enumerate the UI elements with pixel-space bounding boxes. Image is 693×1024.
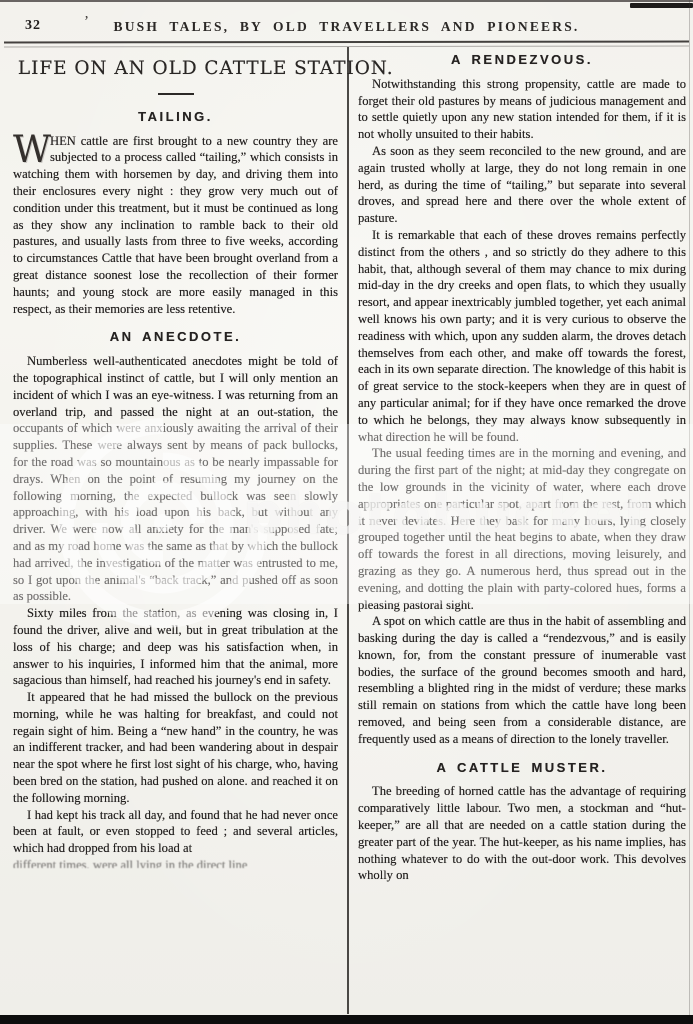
section-heading-cattle-muster: A CATTLE MUSTER.: [358, 760, 686, 777]
title-divider-dash: [158, 93, 194, 95]
section-heading-rendezvous: A RENDEZVOUS.: [358, 52, 686, 69]
section-heading-tailing: TAILING.: [13, 109, 338, 126]
paragraph: Sixty miles from the station, as evening…: [13, 605, 338, 689]
paragraph: The usual feeding times are in the morni…: [358, 445, 686, 613]
paragraph: Numberless well-authenticated anecdotes …: [13, 353, 338, 605]
article-title: LIFE ON AN OLD CATTLE STATION.: [18, 60, 333, 77]
drop-cap-w: W: [13, 133, 50, 166]
paragraph-tailing: WHEN cattle are first brought to a new c…: [13, 133, 338, 318]
paragraph: As soon as they seem reconciled to the n…: [358, 143, 686, 227]
scan-bottom-bar: [0, 1015, 693, 1024]
paragraph: The breeding of horned cattle has the ad…: [358, 783, 686, 884]
scan-top-right-mark: [630, 3, 693, 8]
paragraph-cutoff-line: different times, were all lying in the d…: [13, 857, 338, 868]
paragraph: A spot on which cattle are thus in the h…: [358, 613, 686, 747]
scan-right-edge-line: [689, 0, 690, 1024]
column-divider-rule: [347, 47, 349, 1014]
left-column: LIFE ON AN OLD CATTLE STATION. TAILING. …: [13, 60, 338, 868]
section-heading-anecdote: AN ANECDOTE.: [13, 329, 338, 346]
right-column: A RENDEZVOUS. Notwithstanding this stron…: [358, 52, 686, 884]
paragraph-text: HEN cattle are first brought to a new co…: [13, 134, 338, 316]
paragraph: I had kept his track all day, and found …: [13, 807, 338, 857]
scan-top-edge-line: [0, 0, 693, 2]
paragraph: Notwithstanding this strong propensity, …: [358, 76, 686, 143]
paragraph: It appeared that he had missed the bullo…: [13, 689, 338, 807]
scanned-page: 32 ʼ BUSH TALES, BY OLD TRAVELLERS AND P…: [0, 0, 693, 1024]
running-title: BUSH TALES, BY OLD TRAVELLERS AND PIONEE…: [0, 19, 693, 35]
paragraph: It is remarkable that each of these drov…: [358, 227, 686, 445]
